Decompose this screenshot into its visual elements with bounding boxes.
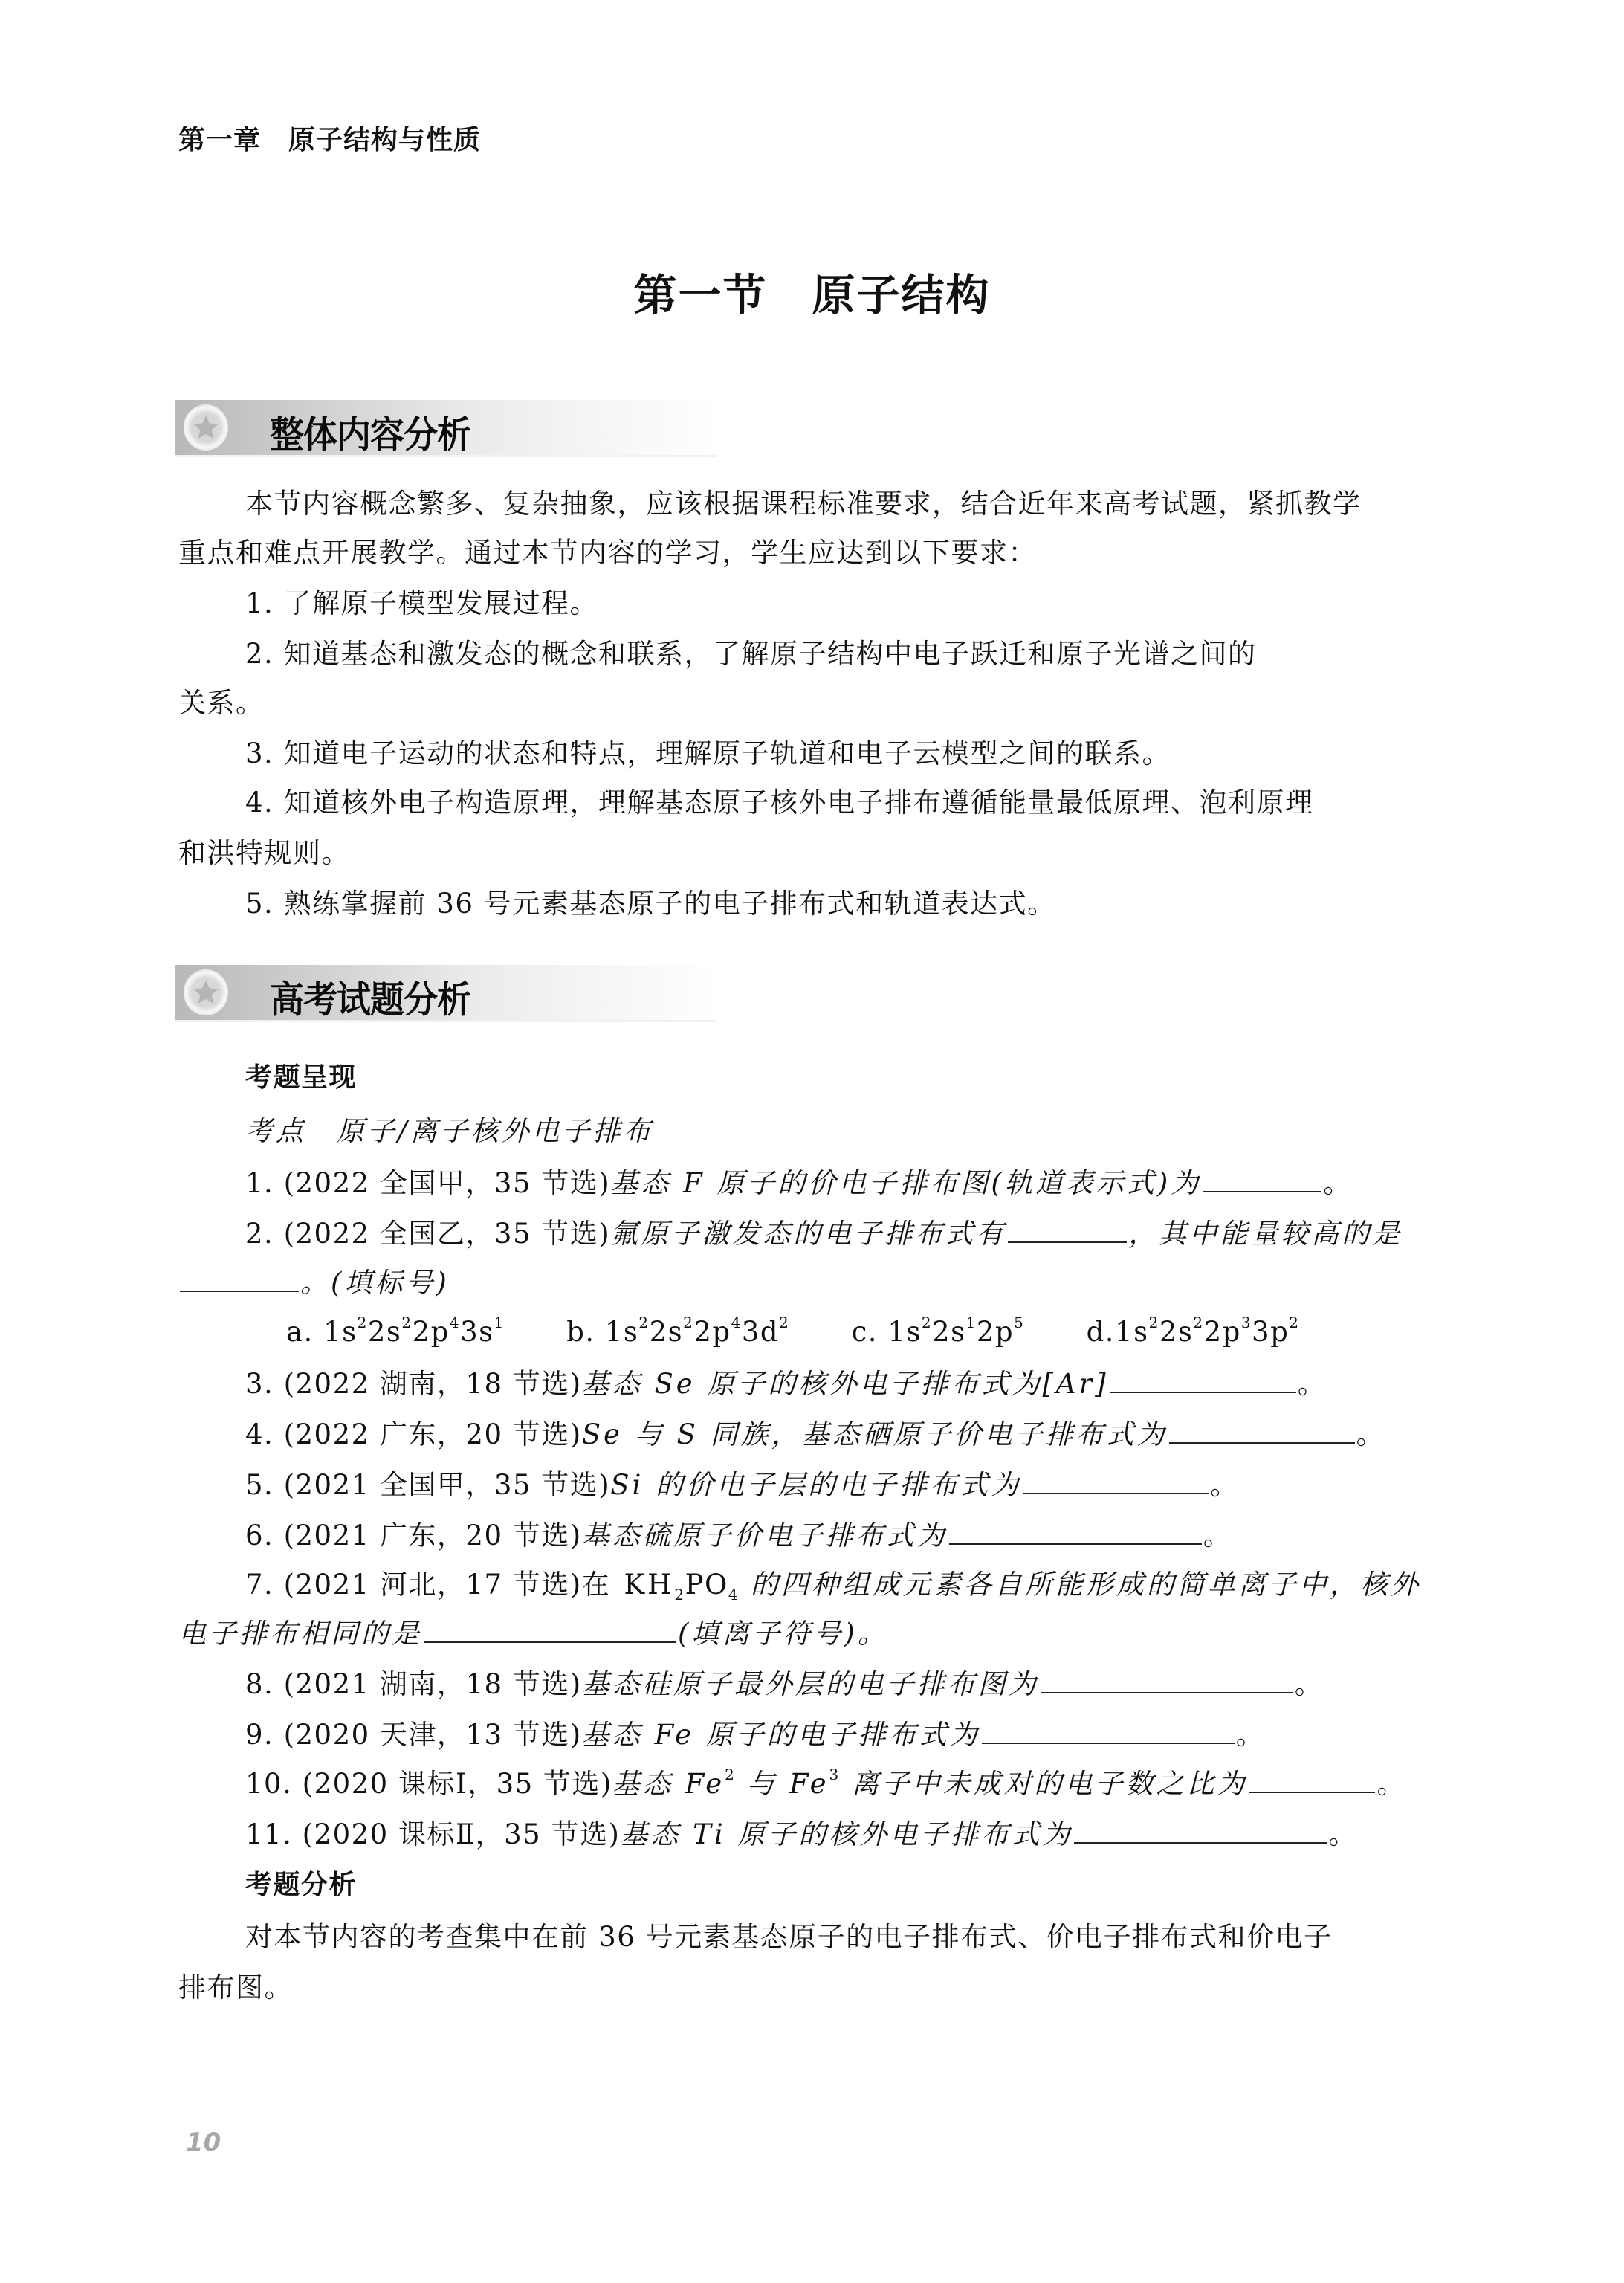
banner-exam-analysis: 高考试题分析 <box>175 965 717 1022</box>
question-source: 10. (2020 课标Ⅰ，35 节选) <box>245 1768 612 1800</box>
question-9: 9. (2020 天津，13 节选)基态 Fe 原子的电子排布式为。 <box>245 1719 1546 1751</box>
answer-blank[interactable] <box>1041 1670 1293 1693</box>
question-8: 8. (2021 湖南，18 节选)基态硅原子最外层的电子排布图为。 <box>245 1668 1546 1701</box>
answer-blank[interactable] <box>1074 1820 1327 1844</box>
question-6: 6. (2021 广东，20 节选)基态硫原子价电子排布式为。 <box>245 1520 1546 1552</box>
option-a: a. 1s22s22p43s1 <box>286 1316 505 1349</box>
subheading-presentation: 考题呈现 <box>245 1062 1546 1094</box>
question-1: 1. (2022 全国甲，35 节选)基态 F 原子的价电子排布图(轨道表示式)… <box>245 1167 1546 1200</box>
question-4: 4. (2022 广东，20 节选)Se 与 S 同族，基态硒原子价电子排布式为… <box>245 1418 1546 1451</box>
analysis-text: 对本节内容的考查集中在前 36 号元素基态原子的电子排布式、价电子排布式和价电子 <box>245 1921 1546 1954</box>
question-source: 2. (2022 全国乙，35 节选) <box>245 1218 610 1250</box>
exam-topic: 考点 原子/离子核外电子排布 <box>245 1115 1546 1148</box>
option-d: d.1s22s22p33p2 <box>1087 1316 1300 1349</box>
question-source: 8. (2021 湖南，18 节选) <box>245 1668 582 1700</box>
answer-blank[interactable] <box>1008 1219 1127 1243</box>
answer-blank[interactable] <box>1203 1169 1321 1192</box>
question-11: 11. (2020 课标Ⅱ，35 节选)基态 Ti 原子的核外电子排布式为。 <box>245 1818 1546 1851</box>
answer-blank[interactable] <box>180 1268 299 1292</box>
answer-blank[interactable] <box>1110 1369 1296 1393</box>
question-10: 10. (2020 课标Ⅰ，35 节选)基态 Fe2 与 Fe3 离子中未成对的… <box>245 1768 1546 1801</box>
question-2-options: a. 1s22s22p43s1 b. 1s22s22p43d2 c. 1s22s… <box>286 1316 1587 1349</box>
answer-blank[interactable] <box>1169 1420 1355 1444</box>
answer-blank[interactable] <box>1249 1769 1375 1793</box>
requirement-item: 1. 了解原子模型发展过程。 <box>245 587 1546 620</box>
question-7-cont: 电子排布相同的是(填离子符号)。 <box>178 1618 1479 1650</box>
answer-blank[interactable] <box>424 1619 676 1643</box>
question-2: 2. (2022 全国乙，35 节选)氟原子激发态的电子排布式有，其中能量较高的… <box>245 1218 1546 1250</box>
banner-title: 整体内容分析 <box>270 405 470 458</box>
requirement-item: 5. 熟练掌握前 36 号元素基态原子的电子排布式和轨道表达式。 <box>245 888 1546 920</box>
question-source: 7. (2021 河北，17 节选) <box>245 1569 582 1601</box>
question-3: 3. (2022 湖南，18 节选)基态 Se 原子的核外电子排布式为[Ar]。 <box>245 1368 1546 1401</box>
subheading-analysis: 考题分析 <box>245 1869 1546 1902</box>
star-icon <box>184 969 228 1015</box>
question-5: 5. (2021 全国甲，35 节选)Si 的价电子层的电子排布式为。 <box>245 1469 1546 1502</box>
option-b: b. 1s22s22p43d2 <box>566 1316 789 1349</box>
requirement-item: 和洪特规则。 <box>178 837 1479 870</box>
star-icon <box>184 404 228 451</box>
answer-blank[interactable] <box>949 1521 1202 1545</box>
requirement-item: 2. 知道基态和激发态的概念和联系，了解原子结构中电子跃迁和原子光谱之间的 <box>245 638 1546 671</box>
banner-title: 高考试题分析 <box>270 970 470 1023</box>
question-source: 4. (2022 广东，20 节选) <box>245 1418 582 1450</box>
answer-blank[interactable] <box>982 1720 1235 1744</box>
question-source: 3. (2022 湖南，18 节选) <box>245 1368 582 1400</box>
banner-overview: 整体内容分析 <box>175 400 717 457</box>
question-source: 1. (2022 全国甲，35 节选) <box>245 1167 610 1199</box>
question-source: 11. (2020 课标Ⅱ，35 节选) <box>245 1818 620 1850</box>
intro-text: 本节内容概念繁多、复杂抽象，应该根据课程标准要求，结合近年来高考试题，紧抓教学 <box>245 488 1546 520</box>
requirement-item: 3. 知道电子运动的状态和特点，理解原子轨道和电子云模型之间的联系。 <box>245 737 1546 770</box>
question-source: 6. (2021 广东，20 节选) <box>245 1520 582 1551</box>
question-7: 7. (2021 河北，17 节选)在 KH2PO4 的四种组成元素各自所能形成… <box>245 1569 1546 1601</box>
question-2-cont: 。(填标号) <box>178 1267 1479 1299</box>
question-source: 9. (2020 天津，13 节选) <box>245 1719 582 1751</box>
requirement-item: 关系。 <box>178 687 1479 720</box>
requirement-item: 4. 知道核外电子构造原理，理解基态原子核外电子排布遵循能量最低原理、泡利原理 <box>245 787 1546 819</box>
analysis-text: 排布图。 <box>178 1972 1479 2004</box>
section-title: 第一节 原子结构 <box>0 260 1624 323</box>
question-source: 5. (2021 全国甲，35 节选) <box>245 1469 610 1501</box>
intro-text: 重点和难点开展教学。通过本节内容的学习，学生应达到以下要求： <box>178 537 1479 569</box>
page-number: 10 <box>186 2128 221 2157</box>
option-c: c. 1s22s12p5 <box>852 1316 1025 1349</box>
chapter-header: 第一章 原子结构与性质 <box>178 119 481 157</box>
answer-blank[interactable] <box>1023 1470 1209 1494</box>
